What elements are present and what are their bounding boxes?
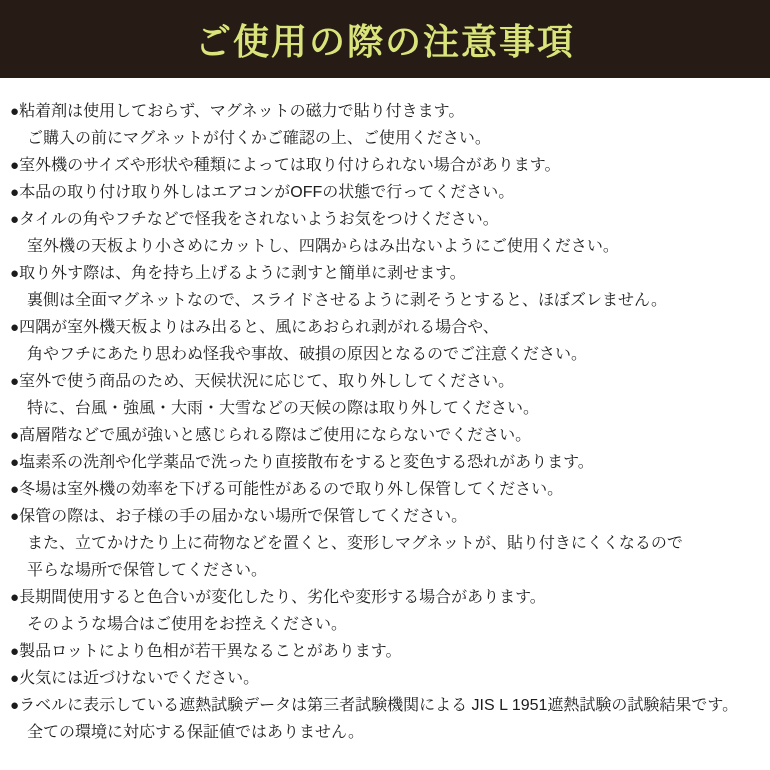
- notice-text: 特に、台風・強風・大雨・大雪などの天候の際は取り外してください。: [27, 400, 539, 417]
- notice-text: 室外機のサイズや形状や種類によっては取り付けられない場合があります。: [19, 157, 560, 174]
- bullet-icon: ●: [10, 697, 19, 714]
- notice-text: 室外で使う商品のため、天候状況に応じて、取り外ししてください。: [19, 373, 514, 390]
- notice-list: ●粘着剤は使用しておらず、マグネットの磁力で貼り付きます。ご購入の前にマグネット…: [0, 78, 770, 746]
- notice-item: ●塩素系の洗剤や化学薬品で洗ったり直接散布をすると変色する恐れがあります。: [0, 449, 770, 476]
- notice-continuation-line: ご購入の前にマグネットが付くかご確認の上、ご使用ください。: [0, 125, 770, 152]
- notice-continuation-line: そのような場合はご使用をお控えください。: [0, 611, 770, 638]
- bullet-icon: ●: [10, 589, 19, 606]
- bullet-icon: ●: [10, 454, 19, 471]
- notice-text: 高層階などで風が強いと感じられる際はご使用にならないでください。: [19, 427, 531, 444]
- notice-continuation-line: 裏側は全面マグネットなので、スライドさせるように剥そうとすると、ほぼズレません。: [0, 287, 770, 314]
- notice-text: 平らな場所で保管してください。: [27, 562, 267, 579]
- header-banner: ご使用の際の注意事項: [0, 0, 770, 78]
- notice-text: 塩素系の洗剤や化学薬品で洗ったり直接散布をすると変色する恐れがあります。: [19, 454, 594, 471]
- notice-item: ●本品の取り付け取り外しはエアコンがOFFの状態で行ってください。: [0, 179, 770, 206]
- notice-text: また、立てかけたり上に荷物などを置くと、変形しマグネットが、貼り付きにくくなるの…: [27, 535, 683, 552]
- bullet-icon: ●: [10, 643, 19, 660]
- page-title: ご使用の際の注意事項: [195, 14, 575, 65]
- notice-text: 角やフチにあたり思わぬ怪我や事故、破損の原因となるのでご注意ください。: [27, 346, 587, 363]
- bullet-icon: ●: [10, 481, 19, 498]
- notice-continuation-line: 室外機の天板より小さめにカットし、四隅からはみ出ないようにご使用ください。: [0, 233, 770, 260]
- notice-item: ●冬場は室外機の効率を下げる可能性があるので取り外し保管してください。: [0, 476, 770, 503]
- notice-text: タイルの角やフチなどで怪我をされないようお気をつけください。: [19, 211, 499, 228]
- notice-text: 室外機の天板より小さめにカットし、四隅からはみ出ないようにご使用ください。: [27, 238, 619, 255]
- notice-item: ●火気には近づけないでください。: [0, 665, 770, 692]
- notice-item: ●四隅が室外機天板よりはみ出ると、風にあおられ剥がれる場合や、: [0, 314, 770, 341]
- bullet-icon: ●: [10, 319, 19, 336]
- notice-text: 製品ロットにより色相が若干異なることがあります。: [19, 643, 401, 660]
- bullet-icon: ●: [10, 265, 19, 282]
- notice-item: ●粘着剤は使用しておらず、マグネットの磁力で貼り付きます。: [0, 98, 770, 125]
- notice-continuation-line: 平らな場所で保管してください。: [0, 557, 770, 584]
- notice-text: ご購入の前にマグネットが付くかご確認の上、ご使用ください。: [27, 130, 491, 147]
- bullet-icon: ●: [10, 373, 19, 390]
- notice-text: 取り外す際は、角を持ち上げるように剥すと簡単に剥せます。: [19, 265, 466, 282]
- bullet-icon: ●: [10, 184, 19, 201]
- bullet-icon: ●: [10, 508, 19, 525]
- bullet-icon: ●: [10, 211, 19, 228]
- bullet-icon: ●: [10, 670, 19, 687]
- notice-text: 四隅が室外機天板よりはみ出ると、風にあおられ剥がれる場合や、: [19, 319, 499, 336]
- notice-item: ●保管の際は、お子様の手の届かない場所で保管してください。: [0, 503, 770, 530]
- notice-item: ●製品ロットにより色相が若干異なることがあります。: [0, 638, 770, 665]
- notice-item: ●室外機のサイズや形状や種類によっては取り付けられない場合があります。: [0, 152, 770, 179]
- notice-item: ●室外で使う商品のため、天候状況に応じて、取り外ししてください。: [0, 368, 770, 395]
- notice-continuation-line: 全ての環境に対応する保証値ではありません。: [0, 719, 770, 746]
- notice-text: そのような場合はご使用をお控えください。: [27, 616, 347, 633]
- bullet-icon: ●: [10, 103, 19, 120]
- notice-text: ラベルに表示している遮熱試験データは第三者試験機関による JIS L 1951遮…: [19, 697, 738, 714]
- bullet-icon: ●: [10, 157, 19, 174]
- notice-text: 保管の際は、お子様の手の届かない場所で保管してください。: [19, 508, 467, 525]
- notice-text: 冬場は室外機の効率を下げる可能性があるので取り外し保管してください。: [19, 481, 563, 498]
- notice-item: ●ラベルに表示している遮熱試験データは第三者試験機関による JIS L 1951…: [0, 692, 770, 719]
- bullet-icon: ●: [10, 427, 19, 444]
- notice-text: 火気には近づけないでください。: [19, 670, 259, 687]
- notice-continuation-line: また、立てかけたり上に荷物などを置くと、変形しマグネットが、貼り付きにくくなるの…: [0, 530, 770, 557]
- notice-text: 本品の取り付け取り外しはエアコンがOFFの状態で行ってください。: [19, 184, 514, 201]
- notice-text: 長期間使用すると色合いが変化したり、劣化や変形する場合があります。: [19, 589, 546, 606]
- notice-text: 全ての環境に対応する保証値ではありません。: [27, 724, 364, 741]
- notice-item: ●長期間使用すると色合いが変化したり、劣化や変形する場合があります。: [0, 584, 770, 611]
- notice-item: ●タイルの角やフチなどで怪我をされないようお気をつけください。: [0, 206, 770, 233]
- notice-continuation-line: 角やフチにあたり思わぬ怪我や事故、破損の原因となるのでご注意ください。: [0, 341, 770, 368]
- notice-item: ●高層階などで風が強いと感じられる際はご使用にならないでください。: [0, 422, 770, 449]
- notice-item: ●取り外す際は、角を持ち上げるように剥すと簡単に剥せます。: [0, 260, 770, 287]
- notice-continuation-line: 特に、台風・強風・大雨・大雪などの天候の際は取り外してください。: [0, 395, 770, 422]
- notice-text: 粘着剤は使用しておらず、マグネットの磁力で貼り付きます。: [19, 103, 464, 120]
- notice-text: 裏側は全面マグネットなので、スライドさせるように剥そうとすると、ほぼズレません。: [27, 292, 667, 309]
